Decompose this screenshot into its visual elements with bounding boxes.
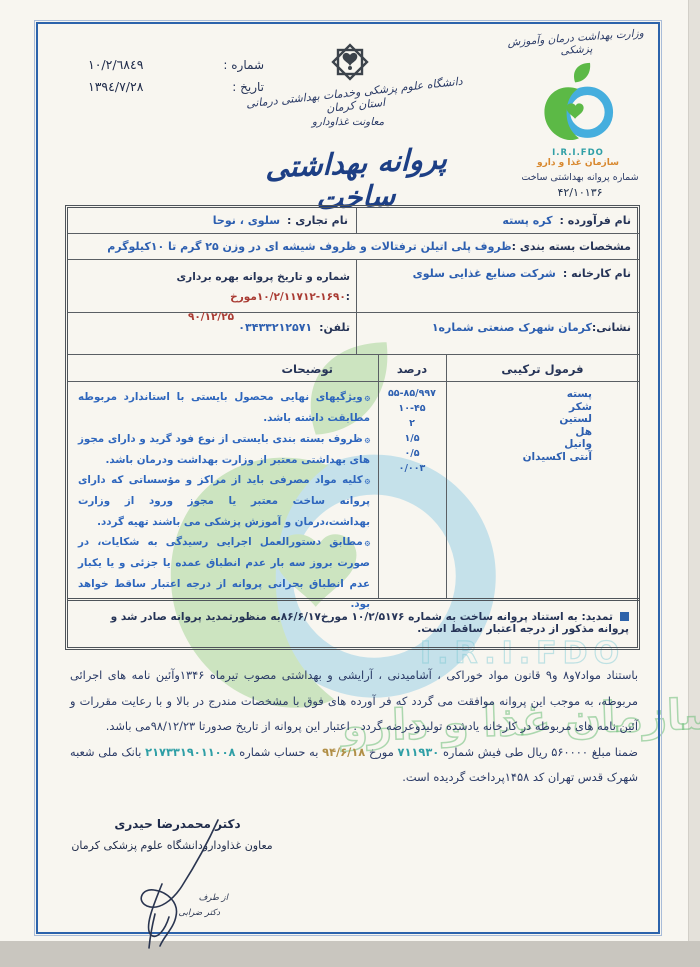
list-item: ۲	[378, 416, 446, 431]
list-item: ۞ویژگیهای نهایی محصول بایستی با استاندار…	[78, 387, 370, 429]
date-label: تاریخ :	[222, 80, 264, 94]
phone-value: ۰۳۴۳۳۲۱۲۵۷۱	[238, 321, 312, 334]
payment-segment: ۲۱۷۳۳۱۹۰۱۱۰۰۸	[145, 745, 235, 759]
fdo-acronym: I.R.I.FDO	[540, 148, 616, 158]
factory-cell: نام کارخانه : شرکت صنایع غذایی سلوی	[356, 260, 639, 313]
percent-list: ۵۵-۸۵/۹۹۷۱۰-۴۵۲۱/۵۰/۵۰/۰۰۳	[378, 381, 446, 598]
payment-paragraph: ضمنا مبلغ ۵۶۰۰۰۰ ریال طی فیش شماره ۷۱۱۹۳…	[70, 740, 638, 791]
deputy-title: معاونت غذاودارو	[288, 116, 408, 128]
behalf-signatory-name: دکتر ضرابی	[150, 908, 220, 918]
legal-paragraph: باستناد مواد۷و۸ و۹ قانون مواد خوراکی ، آ…	[70, 663, 638, 740]
rosette-bullet-icon: ۞	[365, 476, 370, 486]
phone-cell: تلفن: ۰۳۴۳۳۲۱۲۵۷۱	[68, 313, 356, 355]
list-item: ۱۰-۴۵	[378, 401, 446, 416]
list-item: ۰/۰۰۳	[378, 461, 446, 476]
address-value: کرمان شهرک صنعتی شماره۱	[432, 321, 592, 334]
address-label: نشانی:	[592, 321, 631, 334]
number-value: ۱۰/۲/٦۸٤۹	[88, 57, 188, 72]
packaging-cell: مشخصات بسته بندی :ظروف پلی اتیلن ترفتالا…	[68, 234, 639, 260]
date-value: ۱۳۹٤/۷/۲۸	[88, 79, 188, 94]
ingredient-list: پستهشکرلستینهلوانیلآنتی اکسیدان	[446, 381, 639, 598]
phone-label: تلفن:	[319, 321, 350, 334]
list-item: ۱/۵	[378, 431, 446, 446]
license-number-label: شماره پروانه بهداشتی ساخت	[520, 172, 640, 183]
trade-value: سلوی ، نوحا	[213, 214, 280, 227]
list-item: هل	[446, 426, 592, 439]
product-name-cell: نام فرآورده : کره پسته	[356, 208, 639, 234]
university-emblem-icon	[330, 42, 370, 82]
list-item: ۰/۵	[378, 446, 446, 461]
list-item: لستین	[446, 413, 592, 426]
list-item: ۵۵-۸۵/۹۹۷	[378, 386, 446, 401]
factory-value: شرکت صنایع غذایی سلوی	[413, 267, 556, 280]
trade-label: نام تجاری :	[287, 214, 348, 227]
percent-column-header: درصد	[378, 355, 446, 381]
packaging-value: ظروف پلی اتیلن ترفتالات و ظروف شیشه ای د…	[107, 240, 511, 253]
payment-segment: ۹۴/۶/۱۸	[322, 745, 365, 759]
fdo-org-name: سازمان غذا و دارو	[532, 158, 624, 168]
signature-icon	[118, 818, 268, 950]
rosette-bullet-icon: ۞	[365, 538, 370, 548]
fdo-logo-icon	[538, 60, 616, 145]
product-label: نام فرآورده :	[559, 214, 631, 227]
scan-edge	[688, 0, 700, 941]
op-license-value: ۱۶۹۰-۱۰/۲/۱۱۷۱۲مورخ	[230, 291, 346, 303]
on-behalf-label: از طرف	[168, 893, 228, 903]
rosette-bullet-icon: ۞	[365, 393, 370, 403]
rosette-bullet-icon: ۞	[365, 435, 370, 445]
packaging-label: مشخصات بسته بندی :	[512, 240, 631, 253]
list-item: آنتی اکسیدان	[446, 451, 592, 464]
license-table: نام فرآورده : کره پسته نام تجاری : سلوی …	[65, 205, 640, 650]
list-item: شکر	[446, 401, 592, 414]
number-label: شماره :	[218, 58, 264, 72]
list-item: ۞کلیه مواد مصرفی باید از مراکز و مؤسساتی…	[78, 470, 370, 532]
product-value: کره پسته	[502, 214, 552, 227]
address-cell: نشانی:کرمان شهرک صنعتی شماره۱	[356, 313, 639, 355]
list-item: ۞ظروف بسته بندی بایستی از نوع فود گرید و…	[78, 429, 370, 471]
formula-column-header: فرمول ترکیبی	[446, 355, 639, 381]
trade-name-cell: نام تجاری : سلوی ، نوحا	[68, 208, 356, 234]
body-paragraphs: باستناد مواد۷و۸ و۹ قانون مواد خوراکی ، آ…	[70, 663, 638, 791]
op-license-cell: شماره و تاریخ پروانه بهره برداری :۱۶۹۰-۱…	[68, 260, 356, 313]
payment-segment: مورخ	[365, 745, 397, 759]
square-bullet-icon	[620, 612, 629, 621]
list-item: وانیل	[446, 438, 592, 451]
payment-segment: به حساب شماره	[236, 745, 323, 759]
list-item: پسته	[446, 388, 592, 401]
factory-label: نام کارخانه :	[563, 267, 631, 280]
payment-segment: ضمنا مبلغ ۵۶۰۰۰۰ ریال طی فیش شماره	[439, 745, 638, 759]
renewal-row: تمدید: به استناد پروانه ساخت به شماره ۱۰…	[68, 598, 639, 647]
license-number-value: ۴۲/۱۰۱۳۶	[540, 186, 620, 199]
notes-column-header: توضیحات	[68, 355, 378, 381]
payment-segment: ۷۱۱۹۳۰	[398, 745, 440, 759]
notes-list: ۞ویژگیهای نهایی محصول بایستی با استاندار…	[68, 381, 378, 598]
renewal-text: تمدید: به استناد پروانه ساخت به شماره ۱۰…	[111, 611, 629, 635]
